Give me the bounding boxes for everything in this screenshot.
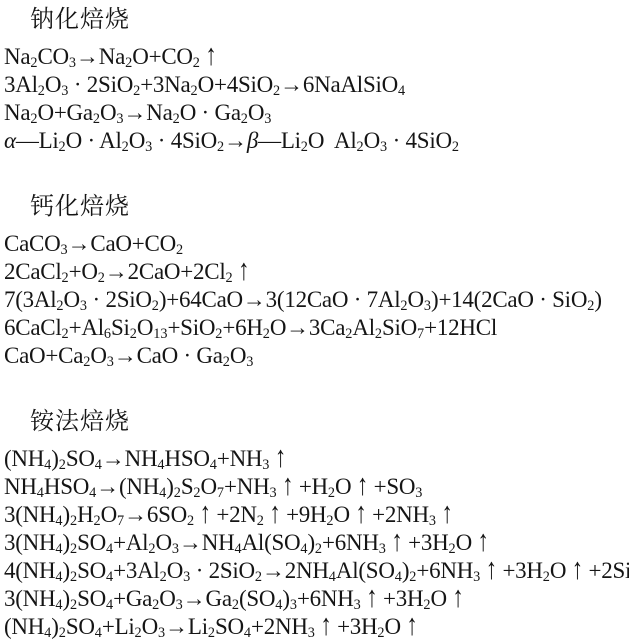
- chemical-equation: 7(3Al2O3 · 2SiO2)+64CaO→3(12CaO · 7Al2O3…: [4, 286, 629, 314]
- section-title: 铵法焙烧: [30, 408, 629, 436]
- chemical-equation: 3Al2O3 · 2SiO2+3Na2O+4SiO2→6NaAlSiO4: [4, 71, 629, 99]
- chemical-equation: Na2CO3→Na2O+CO2 ↑: [4, 43, 629, 71]
- chemical-equation: CaO+Ca2O3→CaO · Ga2O3: [4, 342, 629, 370]
- chemical-equation: α—Li2O · Al2O3 · 4SiO2→β—Li2O Al2O3 · 4S…: [4, 127, 629, 155]
- section-ammonium-roasting: 铵法焙烧 (NH4)2SO4→NH4HSO4+NH3 ↑ NH4HSO4→(NH…: [4, 408, 629, 641]
- chemical-equation: (NH4)2SO4+Li2O3→Li2SO4+2NH3 ↑ +3H2O ↑: [4, 613, 629, 641]
- chemical-equation: 6CaCl2+Al6Si2O13+SiO2+6H2O→3Ca2Al2SiO7+1…: [4, 314, 629, 342]
- section-calcium-roasting: 钙化焙烧 CaCO3→CaO+CO2 2CaCl2+O2→2CaO+2Cl2 ↑…: [4, 193, 629, 370]
- section-title: 钠化焙烧: [30, 6, 629, 34]
- chemical-equation: Na2O+Ga2O3→Na2O · Ga2O3: [4, 99, 629, 127]
- chemical-equation: (NH4)2SO4→NH4HSO4+NH3 ↑: [4, 445, 629, 473]
- chemical-equation: NH4HSO4→(NH4)2S2O7+NH3 ↑ +H2O ↑ +SO3: [4, 473, 629, 501]
- chemical-equation: CaCO3→CaO+CO2: [4, 230, 629, 258]
- chemical-equation: 3(NH4)2SO4+Ga2O3→Ga2(SO4)3+6NH3 ↑ +3H2O …: [4, 585, 629, 613]
- chemical-equation: 3(NH4)2H2O7→6SO2 ↑ +2N2 ↑ +9H2O ↑ +2NH3 …: [4, 501, 629, 529]
- section-sodium-roasting: 钠化焙烧 Na2CO3→Na2O+CO2 ↑ 3Al2O3 · 2SiO2+3N…: [4, 6, 629, 155]
- document-page: 钠化焙烧 Na2CO3→Na2O+CO2 ↑ 3Al2O3 · 2SiO2+3N…: [0, 0, 629, 641]
- chemical-equation: 3(NH4)2SO4+Al2O3→NH4Al(SO4)2+6NH3 ↑ +3H2…: [4, 529, 629, 557]
- chemical-equation: 4(NH4)2SO4+3Al2O3 · 2SiO2→2NH4Al(SO4)2+6…: [4, 557, 629, 585]
- section-title: 钙化焙烧: [30, 193, 629, 221]
- chemical-equation: 2CaCl2+O2→2CaO+2Cl2 ↑: [4, 258, 629, 286]
